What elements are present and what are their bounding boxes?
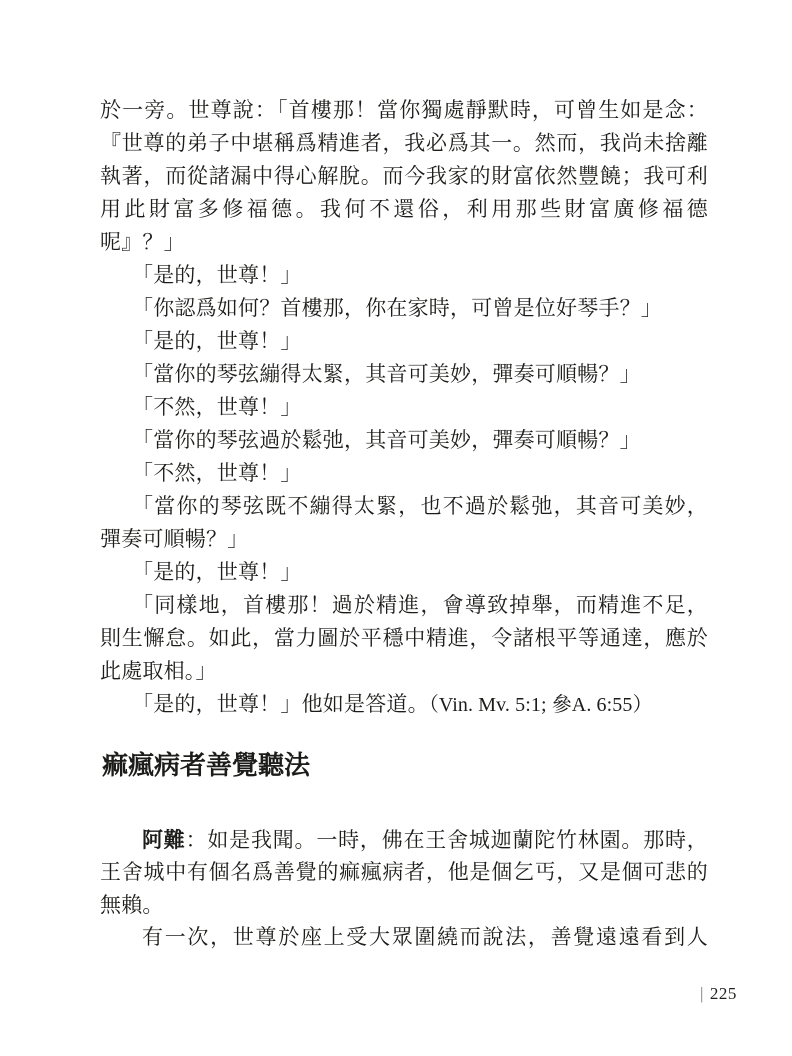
text-line: 「同樣地，首樓那！過於精進，會導致掉舉，而精進不足， <box>100 589 708 622</box>
text-line: 「不然，世尊！」 <box>100 391 708 424</box>
text-line: 執著，而從諸漏中得心解脫。而今我家的財富依然豐饒；我可利 <box>100 160 708 193</box>
text-line: 用此財富多修福德。我何不還俗，利用那些財富廣修福德 <box>100 193 708 226</box>
scripture-citation: （Vin. Mv. 5:1; 參A. 6:55） <box>429 694 653 716</box>
text-line: 「不然，世尊！」 <box>100 457 708 490</box>
page-number-value: 225 <box>710 984 737 1003</box>
text-line: 「你認爲如何？首樓那，你在家時，可曾是位好琴手？」 <box>100 292 708 325</box>
text-line: 彈奏可順暢？」 <box>100 523 708 556</box>
text-line: 「是的，世尊！」 <box>100 325 708 358</box>
leper-section: 阿難：如是我聞。一時，佛在王舍城迦蘭陀竹林園。那時， 王舍城中有個名爲善覺的痲瘋… <box>100 824 708 954</box>
text-line: 此處取相。」 <box>100 655 708 688</box>
text-line: 阿難：如是我聞。一時，佛在王舍城迦蘭陀竹林園。那時， <box>100 824 708 856</box>
narrative-text: ：如是我聞。一時，佛在王舍城迦蘭陀竹林園。那時， <box>186 828 708 852</box>
book-page: 於一旁。世尊說：「首樓那！當你獨處靜默時，可曾生如是念： 『世尊的弟子中堪稱爲精… <box>0 0 792 1056</box>
dialog-closing-line: 「是的，世尊！」他如是答道。 <box>132 692 429 716</box>
text-line: 「當你的琴弦過於鬆弛，其音可美妙，彈奏可順暢？」 <box>100 424 708 457</box>
section-heading: 痲瘋病者善覺聽法 <box>102 747 310 785</box>
text-line: 「當你的琴弦繃得太緊，其音可美妙，彈奏可順暢？」 <box>100 358 708 391</box>
text-line: 王舍城中有個名爲善覺的痲瘋病者，他是個乞丐，又是個可悲的 <box>100 856 708 888</box>
text-line: 『世尊的弟子中堪稱爲精進者，我必爲其一。然而，我尚未捨離 <box>100 127 708 160</box>
text-line: 則生懈怠。如此，當力圖於平穩中精進，令諸根平等通達，應於 <box>100 622 708 655</box>
text-line: 「是的，世尊！」他如是答道。（Vin. Mv. 5:1; 參A. 6:55） <box>100 688 708 721</box>
text-line: 「當你的琴弦既不繃得太緊，也不過於鬆弛，其音可美妙， <box>100 490 708 523</box>
text-line: 有一次，世尊於座上受大眾圍繞而說法，善覺遠遠看到人 <box>100 921 708 953</box>
sutta-dialog-section: 於一旁。世尊說：「首樓那！當你獨處靜默時，可曾生如是念： 『世尊的弟子中堪稱爲精… <box>100 94 708 721</box>
page-number: |225 <box>700 983 737 1005</box>
text-line: 「是的，世尊！」 <box>100 259 708 292</box>
text-line: 於一旁。世尊說：「首樓那！當你獨處靜默時，可曾生如是念： <box>100 94 708 127</box>
text-line: 「是的，世尊！」 <box>100 556 708 589</box>
text-line: 無賴。 <box>100 889 708 921</box>
footer-divider: | <box>701 983 704 1005</box>
text-line: 呢』？」 <box>100 226 708 259</box>
speaker-name: 阿難 <box>142 828 186 852</box>
